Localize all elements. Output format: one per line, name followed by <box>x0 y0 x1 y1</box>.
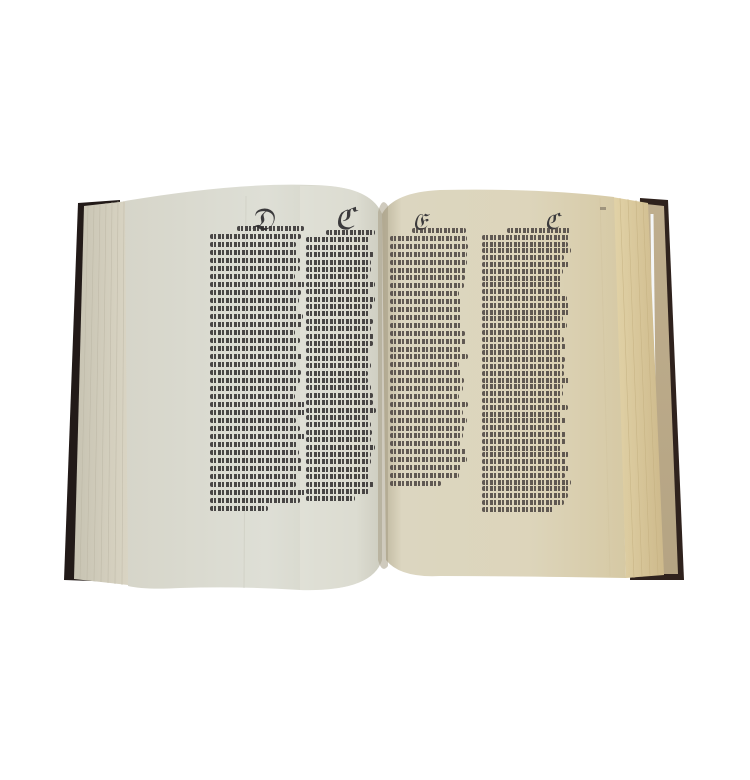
script-line <box>210 450 299 455</box>
script-line <box>306 341 373 346</box>
script-line <box>210 282 305 287</box>
script-line <box>482 473 565 478</box>
script-line <box>390 291 459 296</box>
script-line <box>482 391 563 396</box>
script-line <box>210 234 301 239</box>
script-line <box>390 378 464 383</box>
script-line <box>482 405 568 410</box>
script-line <box>306 348 369 353</box>
script-line <box>482 330 562 335</box>
script-line <box>210 298 299 303</box>
script-line <box>306 326 371 331</box>
script-line <box>210 378 300 383</box>
script-line <box>390 323 462 328</box>
script-line <box>306 260 371 265</box>
script-line <box>306 467 370 472</box>
script-line <box>482 255 564 260</box>
script-line <box>210 498 300 503</box>
script-line <box>210 266 300 271</box>
script-line <box>482 507 554 512</box>
script-line <box>306 274 368 279</box>
script-line <box>482 323 567 328</box>
script-line <box>482 466 569 471</box>
script-line <box>390 354 468 359</box>
script-line <box>210 418 296 423</box>
script-line <box>390 252 467 257</box>
script-line <box>482 480 571 485</box>
left-page-column-2: ℭ <box>306 226 378 496</box>
script-line <box>306 474 370 479</box>
script-line <box>482 432 566 437</box>
script-line <box>210 362 296 367</box>
script-line <box>390 236 467 241</box>
left-page-column-1: 𝔇 <box>210 222 310 512</box>
script-line <box>390 386 463 391</box>
script-line <box>210 330 295 335</box>
script-line <box>390 299 462 304</box>
script-line <box>210 346 297 351</box>
script-line <box>210 442 297 447</box>
script-line <box>390 418 467 423</box>
script-line <box>306 452 371 457</box>
script-line <box>390 410 463 415</box>
script-line <box>390 449 466 454</box>
script-line <box>306 334 374 339</box>
script-line <box>390 260 467 265</box>
script-line <box>306 267 371 272</box>
script-line <box>507 228 570 233</box>
script-line <box>210 466 302 471</box>
script-line <box>482 269 563 274</box>
script-line <box>390 347 461 352</box>
script-line <box>390 244 468 249</box>
script-line <box>390 339 466 344</box>
script-line <box>390 307 462 312</box>
script-line <box>482 459 566 464</box>
script-line <box>482 282 562 287</box>
script-line <box>210 242 296 247</box>
script-line <box>210 506 268 511</box>
script-line <box>482 493 568 498</box>
script-line <box>306 282 375 287</box>
script-line <box>482 248 571 253</box>
script-line <box>482 384 563 389</box>
script-line <box>390 441 460 446</box>
script-line <box>210 370 301 375</box>
script-line <box>306 489 369 494</box>
script-line <box>210 434 305 439</box>
script-line <box>306 437 371 442</box>
script-line <box>306 422 371 427</box>
script-line <box>390 362 459 367</box>
script-line <box>482 364 564 369</box>
script-line <box>210 402 305 407</box>
script-line <box>482 344 566 349</box>
script-line <box>210 314 303 319</box>
script-line <box>237 226 304 231</box>
script-line <box>210 458 301 463</box>
script-line <box>306 289 370 294</box>
script-line <box>482 357 565 362</box>
script-line <box>482 262 570 267</box>
script-line <box>482 337 564 342</box>
script-line <box>390 394 459 399</box>
script-line <box>306 356 369 361</box>
script-line <box>306 445 375 450</box>
script-line <box>482 486 569 491</box>
script-line <box>306 245 369 250</box>
script-line <box>210 410 306 415</box>
script-line <box>482 398 561 403</box>
script-line <box>390 268 466 273</box>
script-line <box>390 275 465 280</box>
script-line <box>210 394 295 399</box>
script-line <box>210 322 302 327</box>
script-line <box>390 426 464 431</box>
script-line <box>210 474 298 479</box>
script-line <box>210 482 296 487</box>
script-line <box>482 296 567 301</box>
script-line <box>326 230 375 235</box>
script-line <box>390 402 468 407</box>
script-line <box>482 439 566 444</box>
script-line <box>482 452 569 457</box>
right-page-column-2: ℭ <box>482 224 574 508</box>
script-line <box>306 252 374 257</box>
script-line <box>306 415 370 420</box>
script-line <box>390 370 462 375</box>
script-line <box>482 371 564 376</box>
script-line <box>210 250 297 255</box>
script-line <box>482 378 570 383</box>
script-line <box>482 500 564 505</box>
script-line <box>210 306 298 311</box>
script-line <box>482 412 562 417</box>
script-line <box>210 258 300 263</box>
script-line <box>210 490 306 495</box>
script-line <box>482 418 566 423</box>
script-line <box>412 228 467 233</box>
script-line <box>390 283 464 288</box>
script-line <box>210 290 301 295</box>
gutter <box>378 202 388 569</box>
script-line <box>306 237 370 242</box>
script-line <box>306 378 368 383</box>
script-line <box>210 426 300 431</box>
script-line <box>482 289 561 294</box>
script-line <box>306 371 368 376</box>
script-line <box>390 481 441 486</box>
script-line <box>306 304 372 309</box>
script-line <box>306 496 355 501</box>
script-line <box>306 400 373 405</box>
script-line <box>210 274 295 279</box>
script-line <box>306 363 371 368</box>
script-line <box>306 459 371 464</box>
script-line <box>210 354 302 359</box>
script-line <box>306 385 371 390</box>
script-line <box>390 315 461 320</box>
script-line <box>482 310 570 315</box>
script-line <box>306 319 373 324</box>
script-line <box>390 457 467 462</box>
script-line <box>482 303 570 308</box>
script-line <box>390 473 459 478</box>
script-line <box>306 311 370 316</box>
script-line <box>306 393 373 398</box>
right-page-column-1: 𝔈 <box>390 224 470 484</box>
script-line <box>482 446 561 451</box>
script-line <box>390 465 461 470</box>
script-line <box>306 408 376 413</box>
script-line <box>482 276 562 281</box>
script-line <box>482 425 562 430</box>
script-line <box>306 482 374 487</box>
script-line <box>210 386 297 391</box>
script-line <box>482 316 563 321</box>
script-line <box>482 242 568 247</box>
script-line <box>210 338 300 343</box>
script-line <box>306 297 375 302</box>
script-line <box>482 350 562 355</box>
script-line <box>390 331 465 336</box>
script-line <box>482 235 569 240</box>
script-line <box>390 433 463 438</box>
manuscript-photo: 𝔇 ℭ 𝔈 ℭ <box>0 0 750 780</box>
script-line <box>306 430 372 435</box>
